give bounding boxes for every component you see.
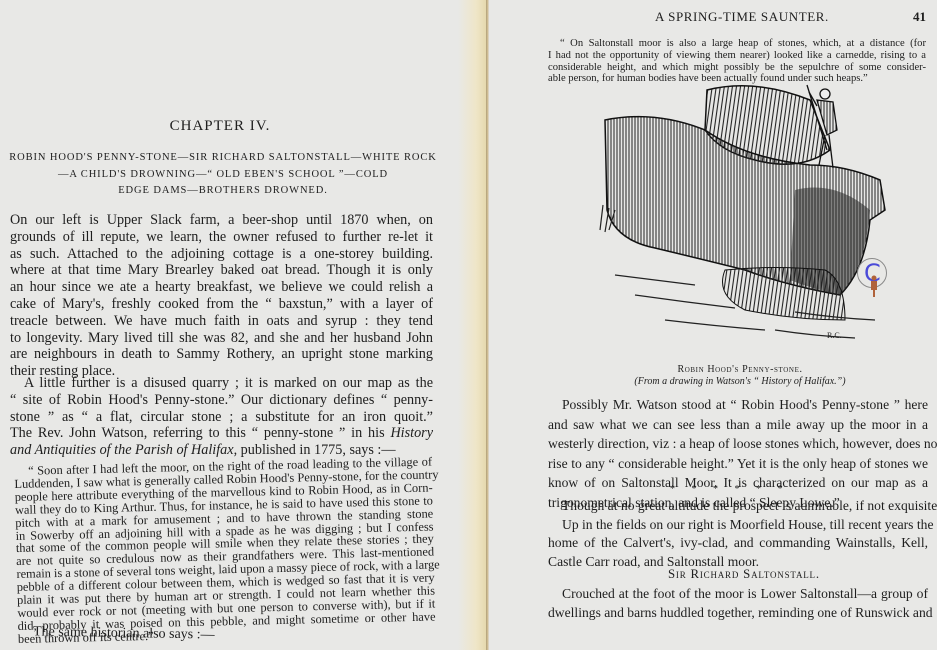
text-line: rise to any “ considerable height.” Yet … (548, 454, 928, 474)
chapter-summary-line: ROBIN HOOD'S PENNY-STONE—SIR RICHARD SAL… (8, 150, 438, 167)
paragraph-prospect: Though at no great altitude the prospect… (548, 497, 928, 571)
paragraph-same-historian: The same historian also says :— (33, 624, 215, 643)
book-spread: CHAPTER IV. ROBIN HOOD'S PENNY-STONE—SIR… (0, 0, 937, 650)
chapter-title: CHAPTER IV. (0, 118, 440, 135)
text-line: home of the Calvert's, ivy-clad, and com… (548, 534, 928, 553)
chapter-summary: ROBIN HOOD'S PENNY-STONE—SIR RICHARD SAL… (8, 150, 438, 200)
figure-caption: Robin Hood's Penny-stone. (From a drawin… (590, 364, 890, 387)
text-line: cake of Mary's, freshly cooked from the … (10, 296, 433, 313)
paragraph-lower-saltonstall: Crouched at the foot of the moor is Lowe… (548, 585, 928, 622)
text-line: grounds of ill repute, we learn, the own… (10, 229, 433, 246)
text-line: as such. Attached to the adjoining cotta… (10, 246, 433, 263)
text-line: Up in the fields on our right is Moorfie… (548, 516, 928, 535)
paragraph-disused-quarry: A little further is a disused quarry ; i… (10, 375, 433, 459)
book-title-italic: History (390, 425, 433, 441)
watson-quote-saltonstall: “ On Saltonstall moor is also a large he… (548, 38, 926, 85)
text-line: dwellings and barns huddled together, re… (548, 604, 928, 623)
svg-text:R.C.: R.C. (827, 331, 842, 340)
text-line: A little further is a disused quarry ; i… (10, 375, 433, 392)
quote-line: “ On Saltonstall moor is also a large he… (548, 38, 926, 50)
penny-stone-engraving: R.C. (595, 80, 895, 355)
page-number: 41 (913, 9, 926, 25)
paragraph-upper-slack: On our left is Upper Slack farm, a beer-… (10, 212, 433, 380)
chapter-summary-line: —A CHILD'S DROWNING—“ OLD EBEN'S SCHOOL … (8, 167, 438, 184)
text-line: to longevity. Mary lived till she was 82… (10, 330, 433, 347)
quote-line: I had not the opportunity of viewing the… (548, 50, 926, 62)
gutter-fold (486, 0, 487, 650)
chapter-summary-line: EDGE DAMS—BROTHERS DROWNED. (8, 183, 438, 200)
text-line: treacle between. We have much faith in o… (10, 313, 433, 330)
text-line: and saw what we can see less than a mile… (548, 415, 928, 435)
running-head: A SPRING-TIME SAUNTER. (655, 9, 829, 25)
text-line: Possibly Mr. Watson stood at “ Robin Hoo… (548, 395, 928, 415)
text-line: On our left is Upper Slack farm, a beer-… (10, 212, 433, 229)
caption-title: Robin Hood's Penny-stone. (590, 364, 890, 376)
text-line: westerly direction, viz : a heap of loos… (548, 434, 928, 454)
text-line: stone ” as “ a flat, circular stone ; a … (10, 409, 433, 426)
text-line: Crouched at the foot of the moor is Lowe… (548, 585, 928, 604)
text-line: where at that time Mary Brearley baked o… (10, 262, 433, 279)
quote-line: considerable height, and which might pos… (548, 62, 926, 74)
text-line: Though at no great altitude the prospect… (548, 497, 928, 516)
text-span: The Rev. John Watson, referring to this … (10, 425, 385, 441)
text-line: an hour since we ate a hearty breakfast,… (10, 279, 433, 296)
book-title-italic: and Antiquities of the Parish of Halifax (10, 442, 234, 458)
watson-quote-penny-stone: “ Soon after I had left the moor, on the… (14, 456, 436, 646)
text-line: “ site of Robin Hood's Penny-stone.” Our… (10, 392, 433, 409)
text-line: The Rev. John Watson, referring to this … (10, 425, 433, 442)
section-heading: Sir Richard Saltonstall. (668, 567, 820, 582)
watermark-figure-icon (870, 275, 878, 297)
caption-source: (From a drawing in Watson's “ History of… (590, 376, 890, 388)
section-break-asterisks: * * * * * * (670, 484, 790, 495)
book-gutter (458, 0, 498, 650)
text-line: are neighbours in death to Sammy Rothery… (10, 346, 433, 363)
